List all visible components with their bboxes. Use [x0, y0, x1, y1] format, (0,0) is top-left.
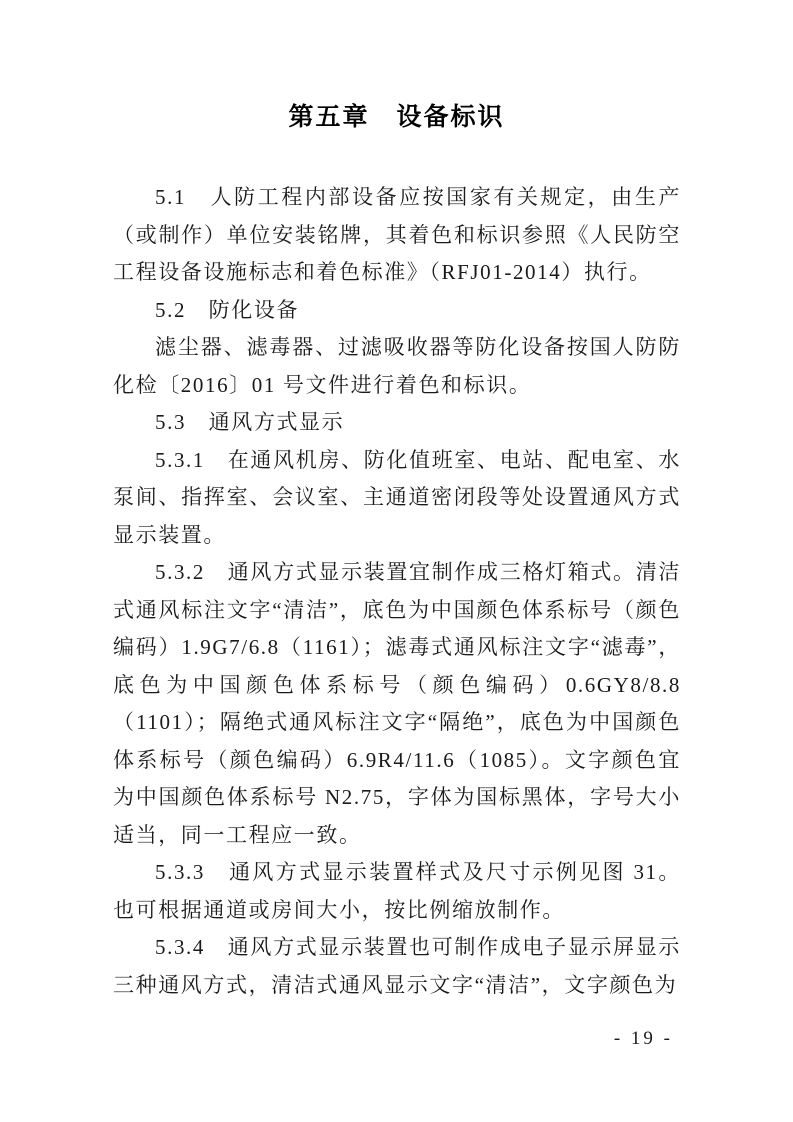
paragraph-5-3-heading: 5.3 通风方式显示	[113, 404, 681, 442]
paragraph-5-3-4: 5.3.4 通风方式显示装置也可制作成电子显示屏显示三种通风方式，清洁式通风显示…	[113, 929, 681, 1004]
paragraph-5-1: 5.1 人防工程内部设备应按国家有关规定，由生产（或制作）单位安装铭牌，其着色和…	[113, 179, 681, 292]
paragraph-5-3-2: 5.3.2 通风方式显示装置宜制作成三格灯箱式。清洁式通风标注文字“清洁”，底色…	[113, 554, 681, 854]
chapter-title: 第五章 设备标识	[0, 0, 793, 134]
document-page: 第五章 设备标识 5.1 人防工程内部设备应按国家有关规定，由生产（或制作）单位…	[0, 0, 793, 1122]
page-number: - 19 -	[614, 1028, 673, 1050]
paragraph-5-3-1: 5.3.1 在通风机房、防化值班室、电站、配电室、水泵间、指挥室、会议室、主通道…	[113, 442, 681, 555]
document-body: 5.1 人防工程内部设备应按国家有关规定，由生产（或制作）单位安装铭牌，其着色和…	[113, 179, 681, 1004]
paragraph-5-2-body: 滤尘器、滤毒器、过滤吸收器等防化设备按国人防防化检〔2016〕01 号文件进行着…	[113, 329, 681, 404]
paragraph-5-3-3: 5.3.3 通风方式显示装置样式及尺寸示例见图 31。也可根据通道或房间大小，按…	[113, 854, 681, 929]
paragraph-5-2-heading: 5.2 防化设备	[113, 292, 681, 330]
